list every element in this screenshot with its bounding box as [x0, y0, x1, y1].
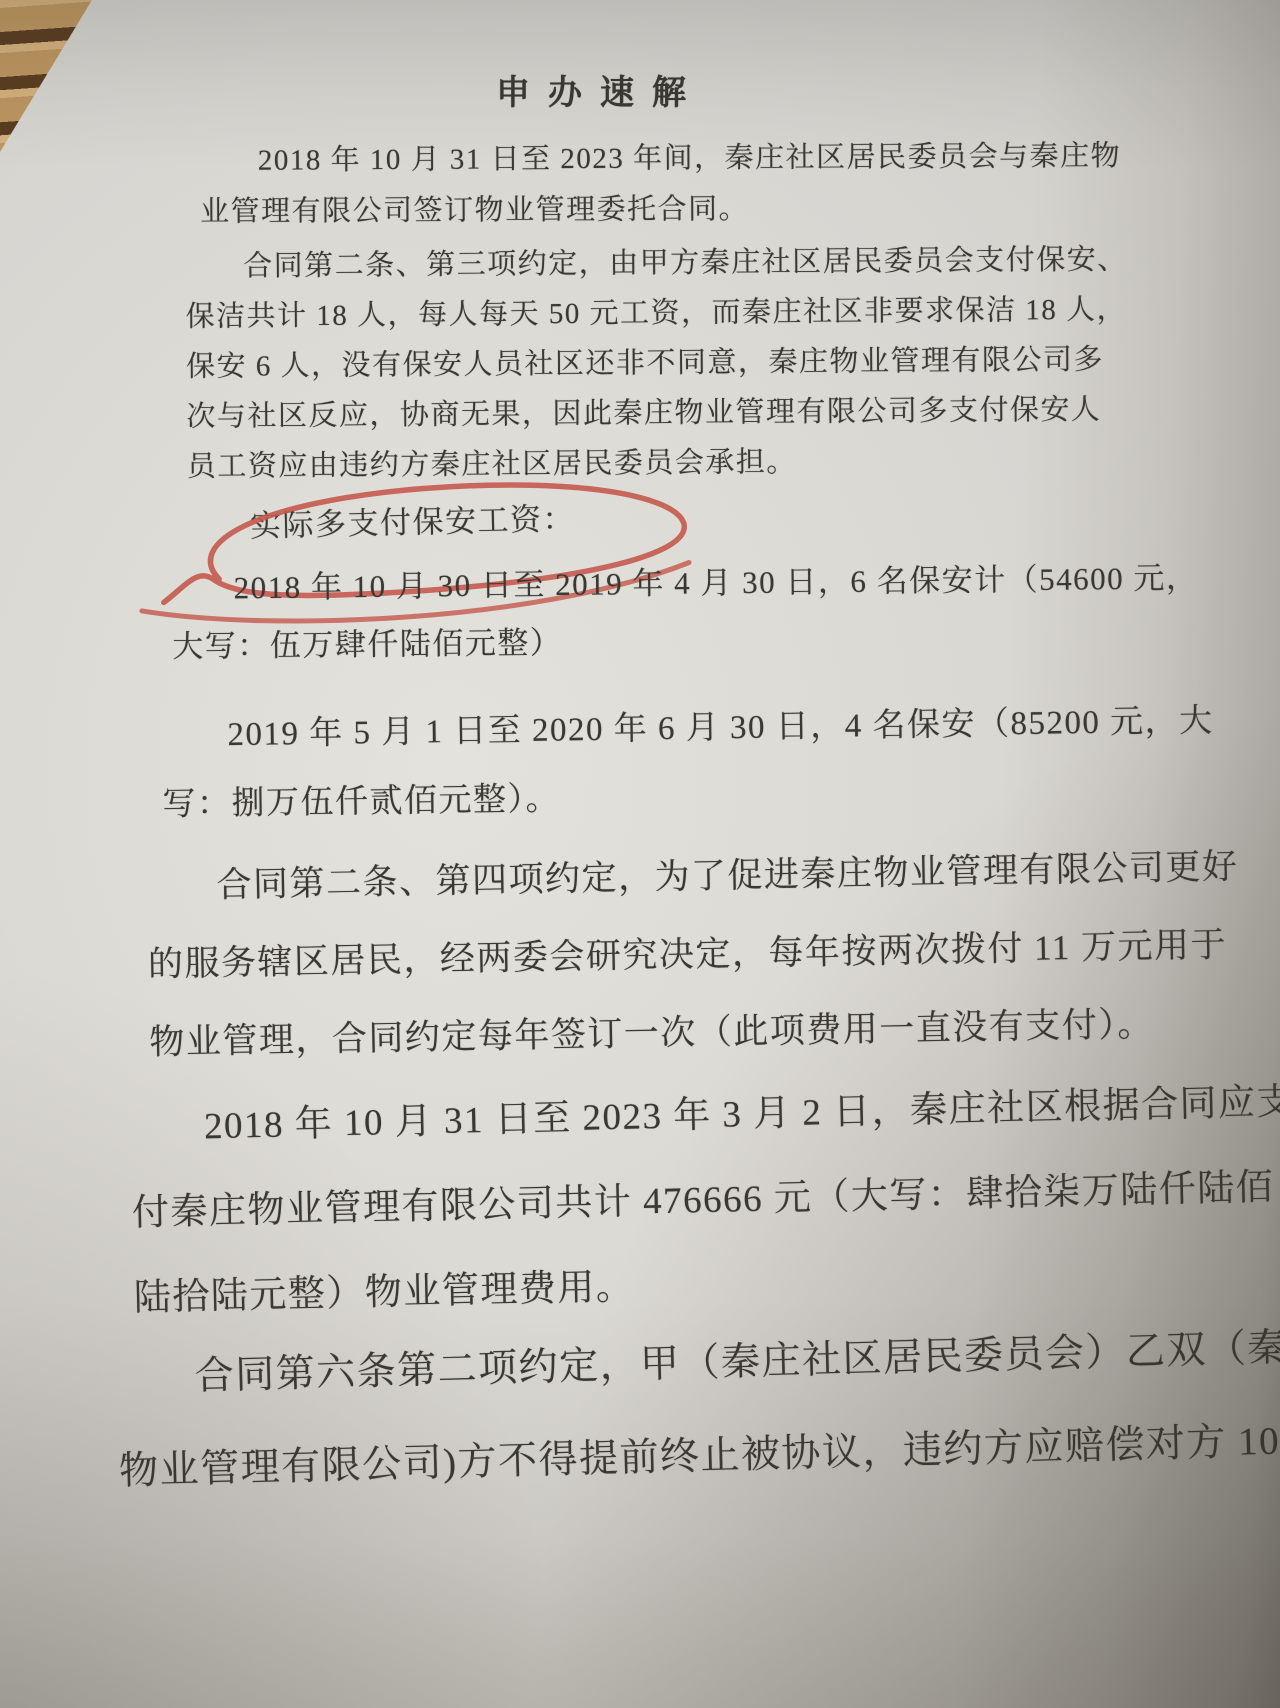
text-line: 保洁共计 18 人，每人每天 50 元工资，而秦庄社区非要求保洁 18 人， [185, 285, 1128, 342]
paragraph-total-fee: 2018 年 10 月 31 日至 2023 年 3 月 2 日，秦庄社区根据合… [129, 1060, 1280, 1341]
paragraph-clause-2-4: 合同第二条、第四项约定，为了促进秦庄物业管理有限公司更好 的服务辖区居民，经两委… [146, 828, 1242, 1082]
paragraph-clause-6-2: 合同第六条第二项约定，甲（秦庄社区居民委员会）乙双（秦庄 物业管理有限公司)方不… [116, 1300, 1280, 1518]
text-line: 大写：伍万肆仟陆佰元整） [172, 607, 1199, 676]
document-title: 申办速解 [0, 65, 1200, 114]
text-line: 员工资应由违约方秦庄社区居民委员会承担。 [187, 435, 1130, 492]
document-paper: 申办速解 2018 年 10 月 31 日至 2023 年间，秦庄社区居民委员会… [0, 0, 1280, 1708]
text-line: 写：捌万伍仟贰佰元整）。 [162, 756, 1215, 840]
text-line: 2018 年 10 月 31 日至 2023 年间，秦庄社区居民委员会与秦庄物 [200, 131, 1122, 187]
circled-heading: 实际多支付保安工资： [181, 493, 575, 547]
text-line: 2018 年 10 月 30 日至 2019 年 4 月 30 日，6 名保安计… [171, 549, 1198, 618]
paragraph-payment-2018: 2018 年 10 月 30 日至 2019 年 4 月 30 日，6 名保安计… [171, 549, 1199, 676]
text-line: 业管理有限公司签订物业管理委托合同。 [200, 182, 1122, 238]
text-line: 2019 年 5 月 1 日至 2020 年 6 月 30 日，4 名保安（85… [161, 687, 1214, 771]
text-line: 合同第二条、第三项约定，由甲方秦庄社区居民委员会支付保安、 [185, 235, 1128, 292]
document-photo: 申办速解 2018 年 10 月 31 日至 2023 年间，秦庄社区居民委员会… [0, 0, 1280, 1708]
paragraph-intro: 2018 年 10 月 31 日至 2023 年间，秦庄社区居民委员会与秦庄物 … [200, 131, 1122, 238]
circled-heading-wrap: 实际多支付保安工资： [181, 493, 575, 547]
circled-heading-text: 实际多支付保安工资： [181, 493, 575, 547]
paragraph-clause-2-3: 合同第二条、第三项约定，由甲方秦庄社区居民委员会支付保安、 保洁共计 18 人，… [185, 235, 1129, 492]
text-line: 保安 6 人，没有保安人员社区还非不同意，秦庄物业管理有限公司多 [186, 335, 1129, 392]
text-line: 次与社区反应，协商无果，因此秦庄物业管理有限公司多支付保安人 [186, 385, 1129, 442]
paragraph-payment-2019: 2019 年 5 月 1 日至 2020 年 6 月 30 日，4 名保安（85… [161, 687, 1215, 840]
